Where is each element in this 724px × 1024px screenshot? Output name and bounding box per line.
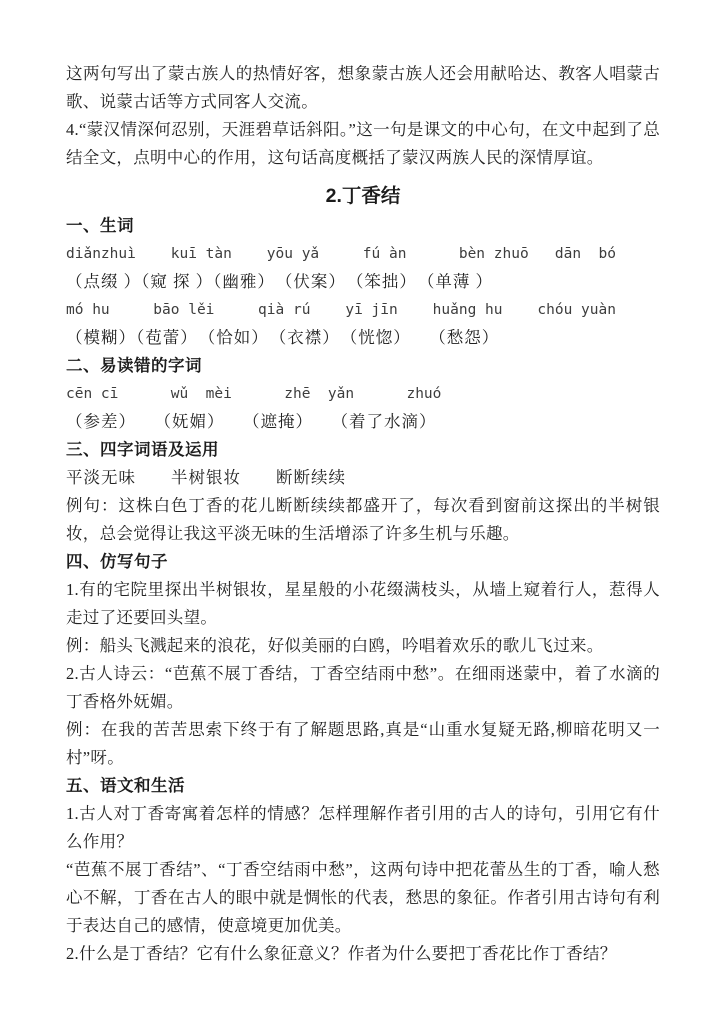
intro-paragraph: 这两句写出了蒙古族人的热情好客，想象蒙古族人还会用献哈达、教客人唱蒙古歌、说蒙古…: [66, 60, 660, 116]
section-heading-language-and-life: 五、语文和生活: [66, 772, 660, 800]
example-sentence: 例：船头飞溅起来的浪花，好似美丽的白鸥，吟唱着欢乐的歌儿飞过来。: [66, 632, 660, 660]
section-heading-new-words: 一、生词: [66, 212, 660, 240]
word-row: （模糊）（苞蕾） （恰如） （衣襟） （恍惚） （愁怨）: [66, 324, 660, 352]
document-page: 这两句写出了蒙古族人的热情好客，想象蒙古族人还会用献哈达、教客人唱蒙古歌、说蒙古…: [0, 0, 724, 1024]
pinyin-row: cēn cī wǔ mèi zhē yǎn zhuó: [66, 380, 660, 408]
section-heading-imitation-sentences: 四、仿写句子: [66, 548, 660, 576]
example-sentence: 例：在我的苦苦思索下终于有了解题思路,真是“山重水复疑无路,柳暗花明又一村”呀。: [66, 716, 660, 772]
example-sentence: 例句：这株白色丁香的花儿断断续续都盛开了，每次看到窗前这探出的半树银妆，总会觉得…: [66, 492, 660, 548]
answer-paragraph: “芭蕉不展丁香结”、“丁香空结雨中愁”，这两句诗中把花蕾丛生的丁香，喻人愁心不解…: [66, 856, 660, 940]
pinyin-row: mó hu bāo lěi qià rú yī jīn huǎng hu chó…: [66, 296, 660, 324]
section-heading-four-char-phrases: 三、四字词语及运用: [66, 436, 660, 464]
intro-paragraph: 4.“蒙汉情深何忍别，天涯碧草话斜阳。”这一句是课文的中心句，在文中起到了总结全…: [66, 116, 660, 172]
word-row: 平淡无味 半树银妆 断断续续: [66, 464, 660, 492]
question-paragraph: 1.古人对丁香寄寓着怎样的情感？怎样理解作者引用的古人的诗句，引用它有什么作用？: [66, 800, 660, 856]
question-paragraph: 2.什么是丁香结？它有什么象征意义？作者为什么要把丁香花比作丁香结？: [66, 940, 660, 968]
paragraph: 1.有的宅院里探出半树银妆，星星般的小花缀满枝头，从墙上窥着行人，惹得人走过了还…: [66, 576, 660, 632]
word-row: （参差） （妩媚） （遮掩） （着了水滴）: [66, 408, 660, 436]
pinyin-row: diǎnzhuì kuī tàn yōu yǎ fú àn bèn zhuō d…: [66, 240, 660, 268]
section-heading-misread-words: 二、易读错的字词: [66, 352, 660, 380]
word-row: （点缀 ）（窥 探 ）（幽雅） （伏案） （笨拙） （单薄 ）: [66, 268, 660, 296]
paragraph: 2.古人诗云：“芭蕉不展丁香结，丁香空结雨中愁”。在细雨迷蒙中，着了水滴的丁香格…: [66, 660, 660, 716]
lesson-title: 2.丁香结: [66, 183, 660, 209]
